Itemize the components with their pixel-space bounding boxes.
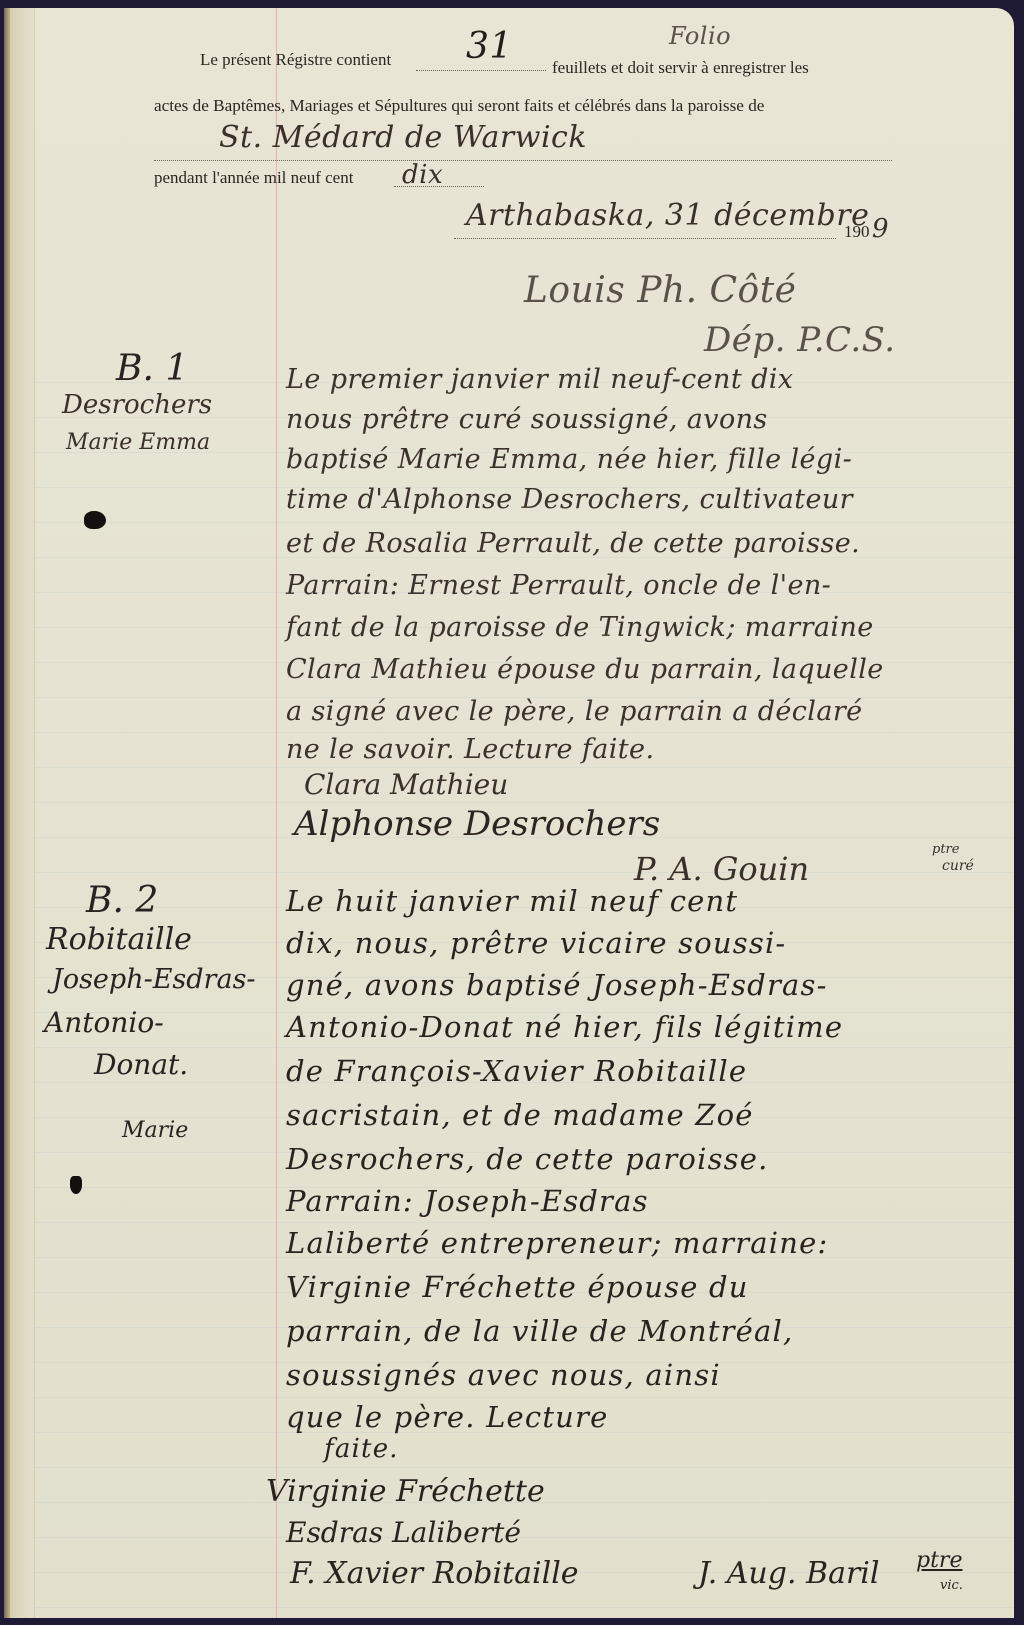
entry-line: Laliberté entrepreneur; marraine: [286,1226,828,1260]
year-word: dix [402,160,443,190]
officiant-title-bottom: curé [942,858,974,874]
place-date: Arthabaska, 31 décembre [466,198,869,233]
entry-line: et de Rosalia Perrault, de cette paroiss… [286,528,860,559]
year-handwritten-digit: 9 [872,214,889,244]
signature: F. Xavier Robitaille [290,1556,579,1591]
officiant-signature: P. A. Gouin [634,850,809,888]
sheet-count: 31 [466,26,513,67]
certifier-signature: Louis Ph. Côté [524,270,796,311]
officiant-title-top: ptre [932,842,959,857]
year-printed: 190 [844,222,870,242]
margin-given-names-2: Antonio- [44,1006,164,1039]
header-line1-prefix: Le présent Régistre contient [200,50,391,70]
margin-surname: Robitaille [46,922,192,957]
ink-blot [84,511,106,529]
entry-line: nous prêtre curé soussigné, avons [286,404,768,435]
entry-line: soussignés avec nous, ainsi [286,1358,721,1392]
signature: Esdras Laliberté [286,1516,521,1549]
officiant-title-bottom: vic. [940,1578,963,1593]
sheet-count-dotline [416,70,546,71]
ink-blot [70,1176,82,1194]
scanned-register-page: Le présent Régistre contient 31 Folio fe… [0,0,1024,1625]
entry-line: gné, avons baptisé Joseph-Esdras- [286,968,828,1002]
entry-line: de François-Xavier Robitaille [286,1054,747,1088]
officiant-signature: J. Aug. Baril [698,1556,880,1591]
entry-line: Desrochers, de cette paroisse. [286,1142,769,1176]
entry-number: B. 2 [86,880,158,921]
signature: Alphonse Desrochers [294,804,660,844]
entry-line: Antonio-Donat né hier, fils légitime [286,1010,843,1044]
signature: Virginie Fréchette [266,1474,545,1509]
header-line2: actes de Baptêmes, Mariages et Sépulture… [154,96,764,116]
entry-line: faite. [324,1434,399,1464]
entry-line: Parrain: Joseph-Esdras [286,1184,649,1218]
margin-given-names-3: Donat. [94,1048,188,1081]
parish-name: St. Médard de Warwick [219,120,587,155]
entry-line: Le premier janvier mil neuf-cent dix [286,364,793,395]
parish-dotline [154,160,892,161]
entry-line: ne le savoir. Lecture faite. [286,734,654,765]
place-date-dotline [454,238,836,239]
entry-line: sacristain, et de madame Zoé [286,1098,754,1132]
entry-line: Parrain: Ernest Perrault, oncle de l'en- [286,570,831,601]
entry-line: Virginie Fréchette épouse du [286,1270,749,1304]
entry-line: parrain, de la ville de Montréal, [286,1314,793,1348]
header-line1-suffix: feuillets et doit servir à enregistrer l… [552,58,809,78]
binding-strip [4,8,35,1618]
margin-rule [276,8,277,1618]
binding-edge [4,8,10,1618]
entry-line: que le père. Lecture [286,1400,608,1434]
entry-line: baptisé Marie Emma, née hier, fille légi… [286,444,852,475]
sheet-count-annotation: Folio [669,22,731,50]
entry-line: fant de la paroisse de Tingwick; marrain… [286,612,874,643]
certifier-title: Dép. P.C.S. [704,320,896,360]
entry-line: a signé avec le père, le parrain a décla… [286,696,863,727]
entry-line: Le huit janvier mil neuf cent [286,884,738,918]
register-sheet: Le présent Régistre contient 31 Folio fe… [4,8,1014,1618]
entry-line: time d'Alphonse Desrochers, cultivateur [286,484,853,515]
header-line4-prefix: pendant l'année mil neuf cent [154,168,353,188]
officiant-title-top: ptre [916,1548,962,1573]
margin-given-names: Marie Emma [66,430,210,455]
margin-surname: Desrochers [62,390,212,420]
margin-extra-name: Marie [122,1118,188,1143]
margin-given-names-1: Joseph-Esdras- [52,964,256,995]
entry-number: B. 1 [116,348,188,389]
signature: Clara Mathieu [304,768,508,801]
entry-line: dix, nous, prêtre vicaire soussi- [286,926,786,960]
entry-line: Clara Mathieu épouse du parrain, laquell… [286,654,884,685]
